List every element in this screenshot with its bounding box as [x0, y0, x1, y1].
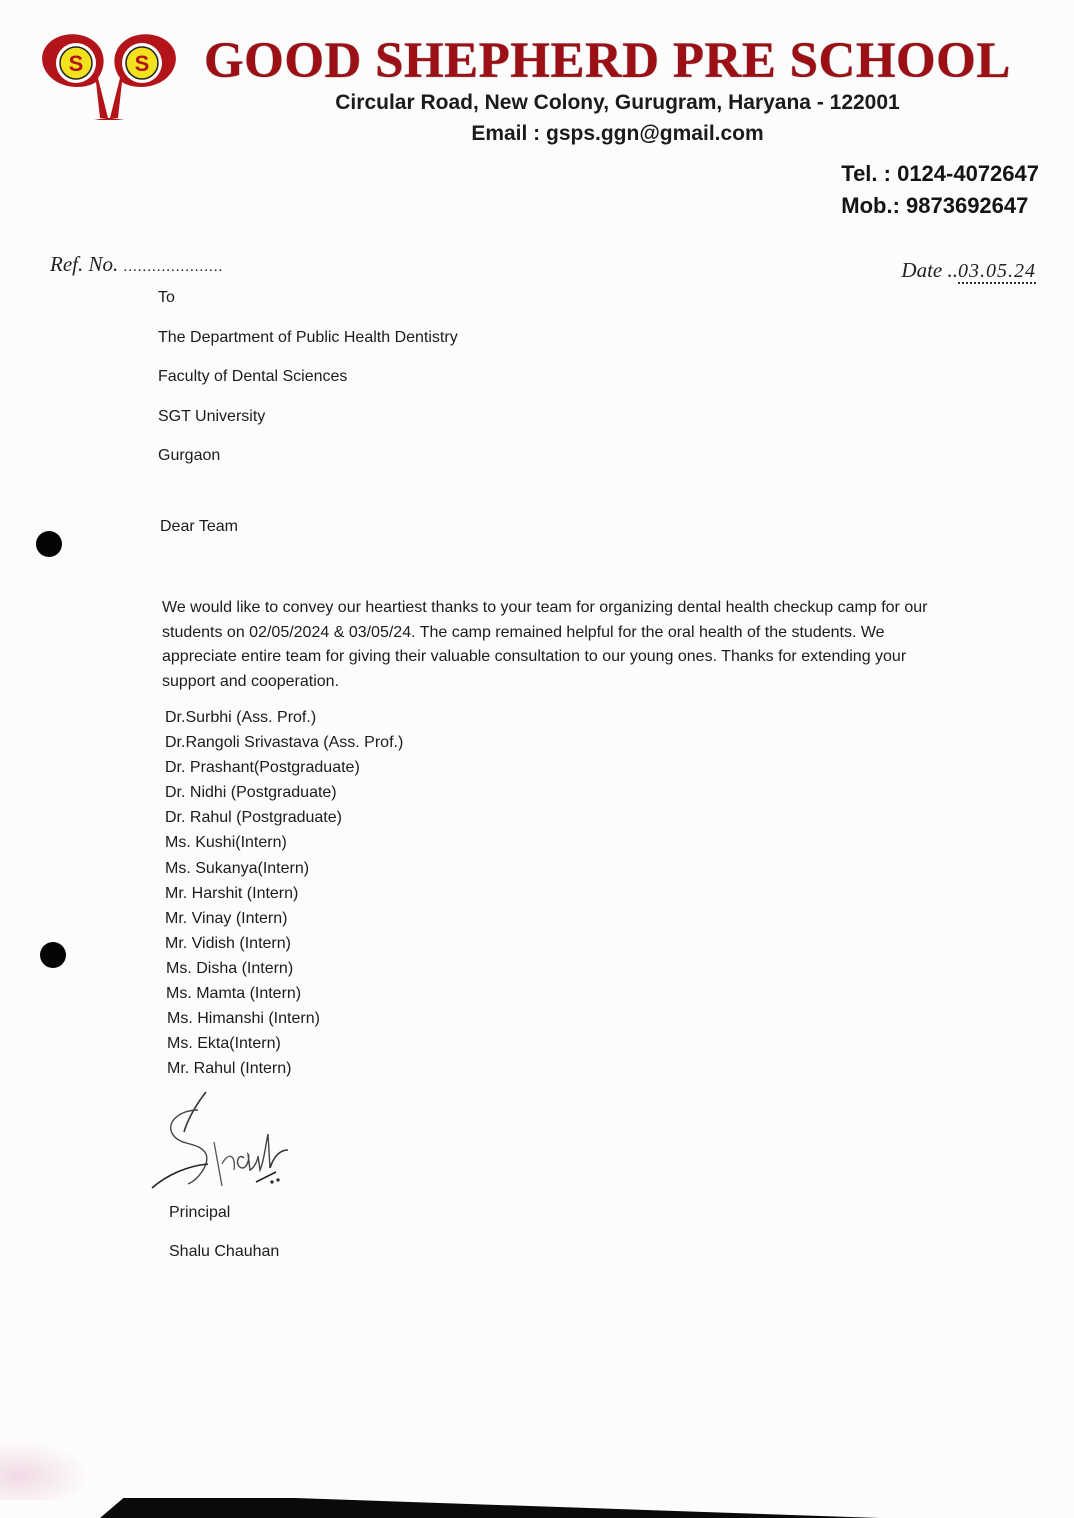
punch-hole-icon [40, 942, 66, 968]
team-list: Dr.Surbhi (Ass. Prof.) Dr.Rangoli Srivas… [165, 708, 403, 1084]
team-member: Ms. Sukanya(Intern) [165, 859, 403, 884]
date-label: Date .. [901, 258, 958, 282]
reference-number: Ref. No. ..................... [50, 252, 223, 277]
salutation: Dear Team [160, 517, 238, 537]
team-member: Ms. Himanshi (Intern) [165, 1009, 403, 1034]
signatory-designation: Principal [169, 1203, 230, 1223]
team-member: Ms. Disha (Intern) [165, 959, 403, 984]
handwritten-signature-icon [148, 1088, 293, 1193]
team-member: Mr. Harshit (Intern) [165, 884, 403, 909]
team-member: Dr.Rangoli Srivastava (Ass. Prof.) [165, 733, 403, 758]
letter-date: Date ..03.05.24 [901, 258, 1036, 283]
recipient-line: SGT University [158, 407, 458, 447]
date-value: 03.05.24 [958, 260, 1036, 284]
svg-text:S: S [69, 51, 84, 76]
recipient-line: Gurgaon [158, 446, 458, 486]
scan-edge-shadow [0, 1440, 90, 1500]
recipient-line: Faculty of Dental Sciences [158, 367, 458, 407]
ref-value: ..................... [124, 259, 224, 275]
svg-text:S: S [135, 51, 150, 76]
scan-bottom-edge [100, 1498, 880, 1518]
school-logo-icon: S S [38, 30, 180, 122]
team-member: Mr. Vinay (Intern) [165, 909, 403, 934]
team-member: Ms. Ekta(Intern) [165, 1034, 403, 1059]
team-member: Dr. Prashant(Postgraduate) [165, 758, 403, 783]
team-member: Ms. Mamta (Intern) [165, 984, 403, 1009]
contact-block: Tel. : 0124-4072647 Mob.: 9873692647 [841, 158, 1039, 222]
letter-body: We would like to convey our heartiest th… [162, 596, 942, 694]
team-member: Mr. Rahul (Intern) [165, 1059, 403, 1084]
recipient-line: The Department of Public Health Dentistr… [158, 328, 458, 368]
school-name: GOOD SHEPHERD PRE SCHOOL [204, 30, 1044, 92]
ref-label: Ref. No. [50, 252, 118, 276]
mobile-number: Mob.: 9873692647 [841, 190, 1039, 222]
team-member: Dr.Surbhi (Ass. Prof.) [165, 708, 403, 733]
school-email: Email : gsps.ggn@gmail.com [200, 119, 1035, 149]
telephone-number: Tel. : 0124-4072647 [841, 158, 1039, 190]
recipient-address: To The Department of Public Health Denti… [158, 288, 458, 486]
team-member: Ms. Kushi(Intern) [165, 833, 403, 858]
school-address: Circular Road, New Colony, Gurugram, Har… [200, 88, 1035, 118]
team-member: Mr. Vidish (Intern) [165, 934, 403, 959]
team-member: Dr. Nidhi (Postgraduate) [165, 783, 403, 808]
signatory-name: Shalu Chauhan [169, 1242, 279, 1262]
recipient-line: To [158, 288, 458, 328]
team-member: Dr. Rahul (Postgraduate) [165, 808, 403, 833]
punch-hole-icon [36, 531, 62, 557]
